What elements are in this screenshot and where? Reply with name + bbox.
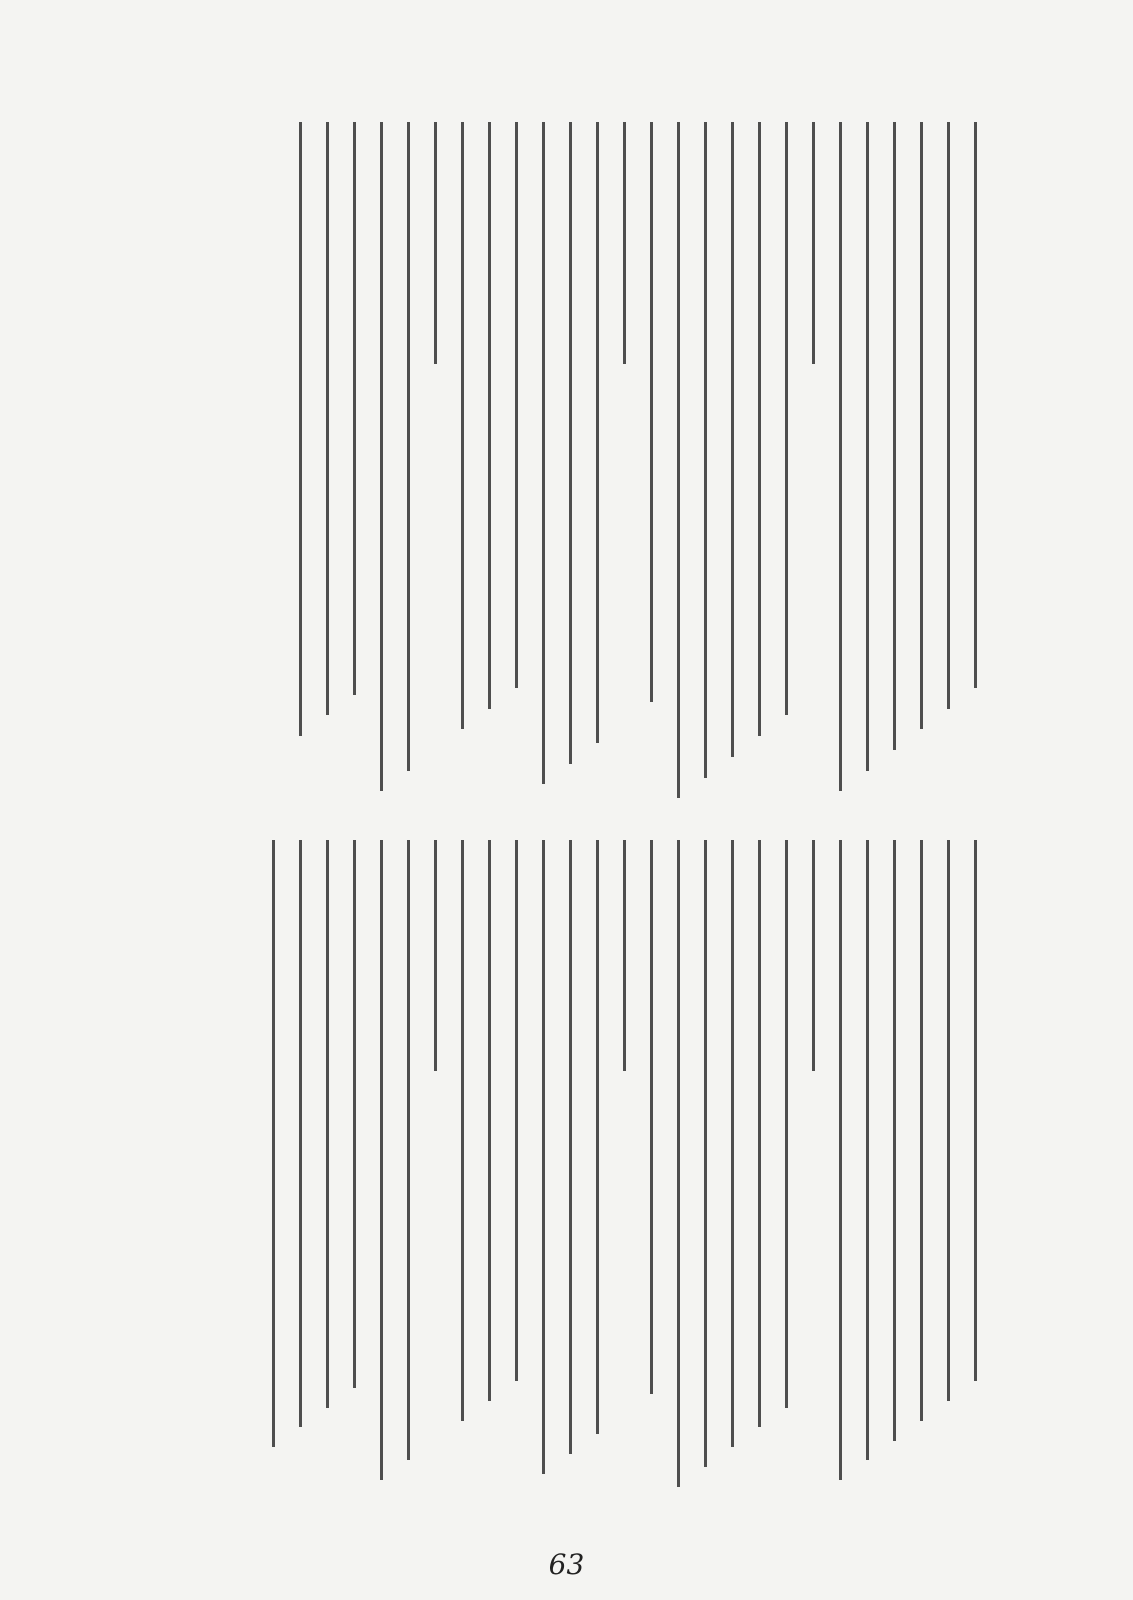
text-column	[596, 122, 599, 743]
text-column	[650, 122, 653, 702]
text-column	[920, 122, 923, 729]
text-column	[542, 122, 545, 784]
text-column	[407, 840, 410, 1460]
text-column	[677, 122, 680, 798]
text-column	[488, 122, 491, 709]
text-column	[569, 122, 572, 764]
text-column	[974, 840, 977, 1381]
text-column	[434, 840, 437, 1071]
text-column	[947, 122, 950, 709]
text-column	[380, 840, 383, 1480]
text-column	[596, 840, 599, 1434]
text-column	[974, 122, 977, 688]
text-column	[704, 122, 707, 778]
text-column	[839, 840, 842, 1480]
text-column	[785, 122, 788, 715]
text-column	[515, 840, 518, 1381]
text-column	[407, 122, 410, 771]
text-column	[542, 840, 545, 1474]
text-column	[623, 122, 626, 364]
text-column	[461, 122, 464, 729]
text-column	[731, 840, 734, 1447]
text-column	[272, 840, 275, 1447]
text-column	[299, 840, 302, 1427]
text-column	[758, 122, 761, 736]
text-column	[947, 840, 950, 1401]
text-column	[569, 840, 572, 1454]
text-column	[515, 122, 518, 688]
text-column	[353, 840, 356, 1388]
text-column	[488, 840, 491, 1401]
text-column	[920, 840, 923, 1421]
text-column	[461, 840, 464, 1421]
text-column	[785, 840, 788, 1408]
text-column	[893, 122, 896, 750]
text-column	[677, 840, 680, 1487]
text-column	[353, 122, 356, 695]
text-column	[812, 840, 815, 1071]
text-column	[299, 122, 302, 736]
text-column	[380, 122, 383, 791]
text-column	[893, 840, 896, 1441]
text-column	[812, 122, 815, 364]
text-column	[434, 122, 437, 364]
text-column	[758, 840, 761, 1427]
text-column	[866, 122, 869, 771]
text-column	[731, 122, 734, 757]
text-column	[704, 840, 707, 1467]
text-column	[866, 840, 869, 1460]
text-column	[326, 122, 329, 715]
bottom-text-block	[266, 840, 983, 1500]
top-text-block	[293, 122, 983, 812]
text-column	[839, 122, 842, 791]
text-column	[650, 840, 653, 1394]
text-column	[623, 840, 626, 1071]
page-number: 63	[0, 1548, 1133, 1581]
text-column	[326, 840, 329, 1408]
